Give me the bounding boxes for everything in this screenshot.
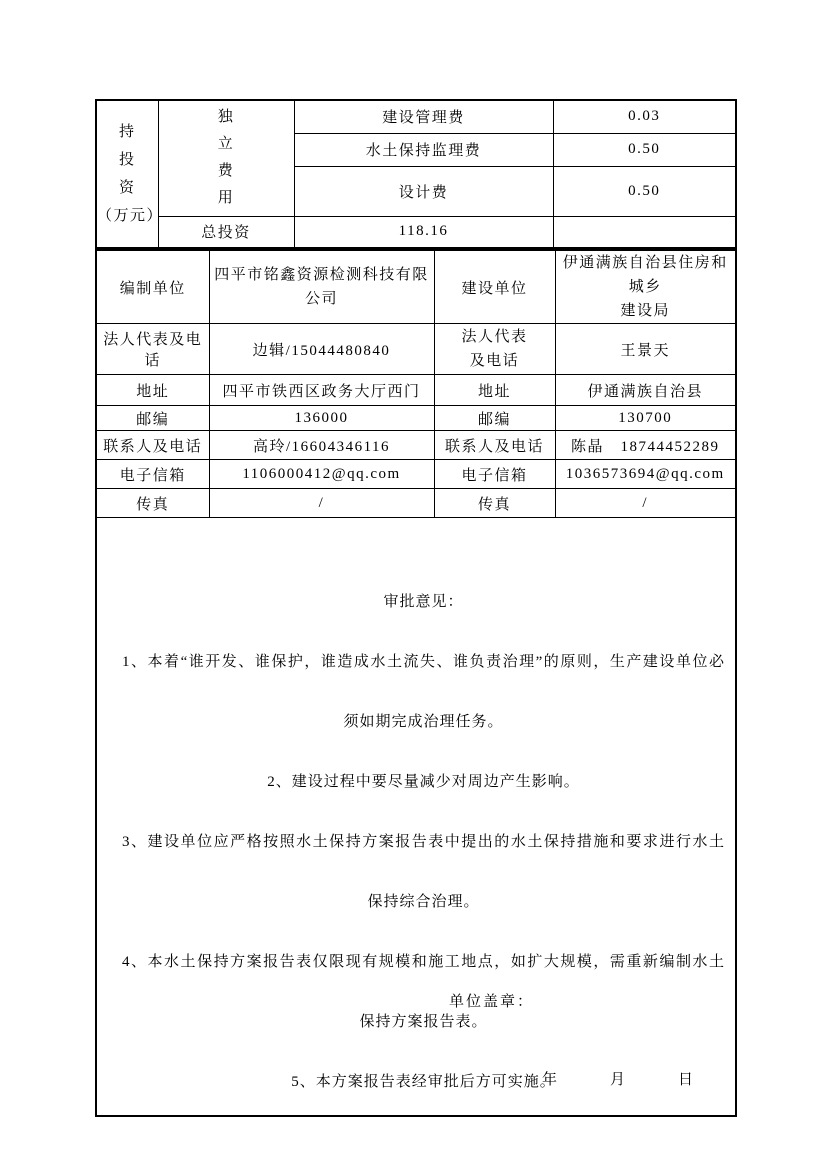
info-label-contact-left: 联系人及电话: [96, 431, 209, 460]
info-label-contact-right: 联系人及电话: [434, 431, 555, 460]
fee-label-supervision: 水土保持监理费: [294, 133, 553, 166]
total-investment-value: 118.16: [294, 216, 553, 248]
info-label-address-left: 地址: [96, 375, 209, 406]
info-label-fax-left: 传真: [96, 489, 209, 518]
fee-label-construction-management: 建设管理费: [294, 100, 553, 133]
info-value-contact-right: 陈晶 18744452289: [555, 431, 736, 460]
investment-table: 持 投 资 （万元） 独 立 费 用 建设管理费 0.03 水土保持监理费 0.…: [95, 99, 737, 249]
table-row: 审批意见： 1、本着“谁开发、谁保护，谁造成水土流失、谁负责治理”的原则，生产建…: [96, 518, 736, 1117]
unit-stamp-label: 单位盖章：: [449, 981, 534, 1024]
approval-opinion-line: 1、本着“谁开发、谁保护，谁造成水土流失、谁负责治理”的原则，生产建设单位必: [122, 641, 725, 684]
fee-value-design: 0.50: [553, 166, 736, 216]
approval-opinion-line: 3、建设单位应严格按照水土保持方案报告表中提出的水土保持措施和要求进行水土: [122, 821, 725, 864]
info-label-email-left: 电子信箱: [96, 460, 209, 489]
info-label-fax-right: 传真: [434, 489, 555, 518]
info-value-fax-right: /: [555, 489, 736, 518]
approval-opinion-line: 保持综合治理。: [122, 881, 725, 924]
date-line: 年 月 日: [542, 1059, 695, 1102]
approval-opinion-line: 4、本水土保持方案报告表仅限现有规模和施工地点，如扩大规模，需重新编制水土: [122, 941, 725, 984]
info-label-email-right: 电子信箱: [434, 460, 555, 489]
investment-side-header: 持 投 资 （万元）: [96, 100, 158, 248]
fee-label-design: 设计费: [294, 166, 553, 216]
approval-opinion-text: 审批意见： 1、本着“谁开发、谁保护，谁造成水土流失、谁负责治理”的原则，生产建…: [97, 552, 735, 1116]
info-label-construction-unit: 建设单位: [434, 250, 555, 324]
fee-value-supervision: 0.50: [553, 133, 736, 166]
table-row: 传真 / 传真 /: [96, 489, 736, 518]
approval-opinion-cell: 审批意见： 1、本着“谁开发、谁保护，谁造成水土流失、谁负责治理”的原则，生产建…: [96, 518, 736, 1117]
approval-opinion-line: 须如期完成治理任务。: [122, 701, 725, 744]
info-value-postcode-right: 130700: [555, 406, 736, 431]
table-row: 地址 四平市铁西区政务大厅西门 地址 伊通满族自治县: [96, 375, 736, 406]
info-value-address-right: 伊通满族自治县: [555, 375, 736, 406]
info-value-fax-left: /: [209, 489, 434, 518]
approval-opinion-line: 2、建设过程中要尽量减少对周边产生影响。: [122, 761, 725, 804]
table-row: 编制单位 四平市铭鑫资源检测科技有限公司 建设单位 伊通满族自治县住房和城乡 建…: [96, 250, 736, 324]
approval-opinion-section: 审批意见： 1、本着“谁开发、谁保护，谁造成水土流失、谁负责治理”的原则，生产建…: [97, 535, 735, 1098]
info-value-compiling-unit: 四平市铭鑫资源检测科技有限公司: [209, 250, 434, 324]
approval-opinion-line: 保持方案报告表。: [122, 1001, 725, 1044]
info-value-address-left: 四平市铁西区政务大厅西门: [209, 375, 434, 406]
info-label-postcode-left: 邮编: [96, 406, 209, 431]
total-investment-empty-cell: [553, 216, 736, 248]
info-label-legal-rep-right: 法人代表 及电话: [434, 324, 555, 375]
table-row: 法人代表及电话 边辑/15044480840 法人代表 及电话 王景天: [96, 324, 736, 375]
table-row: 邮编 136000 邮编 130700: [96, 406, 736, 431]
independent-cost-group-header: 独 立 费 用: [158, 100, 294, 216]
info-value-construction-unit: 伊通满族自治县住房和城乡 建设局: [555, 250, 736, 324]
fee-value-construction-management: 0.03: [553, 100, 736, 133]
info-label-compiling-unit: 编制单位: [96, 250, 209, 324]
table-row: 联系人及电话 高玲/16604346116 联系人及电话 陈晶 18744452…: [96, 431, 736, 460]
info-label-address-right: 地址: [434, 375, 555, 406]
info-value-legal-rep-right: 王景天: [555, 324, 736, 375]
info-value-contact-left: 高玲/16604346116: [209, 431, 434, 460]
approval-opinion-heading: 审批意见：: [122, 581, 725, 624]
info-value-postcode-left: 136000: [209, 406, 434, 431]
info-label-postcode-right: 邮编: [434, 406, 555, 431]
total-investment-label: 总投资: [158, 216, 294, 248]
table-row: 电子信箱 1106000412@qq.com 电子信箱 1036573694@q…: [96, 460, 736, 489]
document-page: 持 投 资 （万元） 独 立 费 用 建设管理费 0.03 水土保持监理费 0.…: [0, 0, 827, 1169]
info-label-legal-rep-left: 法人代表及电话: [96, 324, 209, 375]
project-info-table: 编制单位 四平市铭鑫资源检测科技有限公司 建设单位 伊通满族自治县住房和城乡 建…: [95, 249, 737, 1117]
info-value-email-left: 1106000412@qq.com: [209, 460, 434, 489]
info-value-legal-rep-left: 边辑/15044480840: [209, 324, 434, 375]
info-value-email-right: 1036573694@qq.com: [555, 460, 736, 489]
